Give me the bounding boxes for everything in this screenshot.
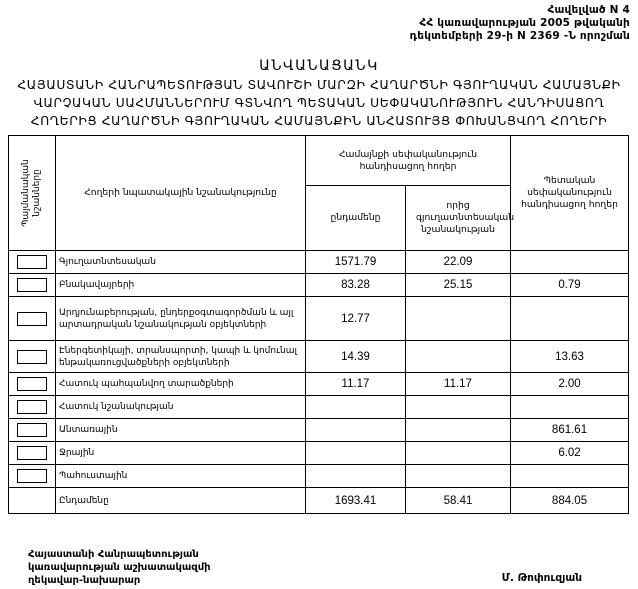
- land-purpose-label: Էներգետիկայի, տրանսպորտի, կապի և կոմունա…: [56, 341, 306, 373]
- table-row: Ջրային6.02: [9, 442, 629, 465]
- document-subtitle: Հայաստանի Հանրապետության Տավուշի մարզի Հ…: [0, 76, 638, 130]
- signer-name: Մ. Թոփուզյան: [502, 572, 582, 584]
- table-row: Անտառային861.61: [9, 419, 629, 442]
- table-row: Արդյունաբերության, ընդերքօգտագործման և ա…: [9, 297, 629, 341]
- symbol-cell: [9, 341, 56, 373]
- total-value: [306, 396, 406, 419]
- total-value: 11.17: [306, 373, 406, 396]
- totals-row: Ընդամենը1693.4158.41884.05: [9, 488, 629, 514]
- table-row: Հատուկ պահպանվող տարածքների11.1711.172.0…: [9, 373, 629, 396]
- table-row: Էներգետիկայի, տրանսպորտի, կապի և կոմունա…: [9, 341, 629, 373]
- header-total: ընդամենը: [306, 186, 406, 251]
- state-value: 0.79: [511, 274, 629, 297]
- header-of-which-agri: որից գյուղատնտեսական նշանակության: [406, 186, 511, 251]
- agri-value: [406, 396, 511, 419]
- legend-symbol-box: [17, 350, 47, 364]
- header-state-owned: Պետական սեփականություն հանդիսացող հողեր: [511, 136, 629, 251]
- annex-date-line: դեկտեմբերի 29-ի N 2369 -Ն որոշման: [410, 30, 630, 43]
- table-row: Գյուղատնտեսական1571.7922.09: [9, 251, 629, 274]
- legend-symbol-box: [17, 446, 47, 460]
- legend-symbol-box: [17, 400, 47, 414]
- total-value: [306, 419, 406, 442]
- land-table: Պայմանական նշանները Հողերի նպատակային նշ…: [8, 135, 629, 514]
- land-purpose-label: Հատուկ նշանակության: [56, 396, 306, 419]
- symbol-cell: [9, 419, 56, 442]
- land-purpose-label: Պահուստային: [56, 465, 306, 488]
- total-value: 14.39: [306, 341, 406, 373]
- state-value: 13.63: [511, 341, 629, 373]
- document-title: ԱՆՎԱՆԱՑԱՆԿ: [0, 58, 638, 74]
- signer-title: Հայաստանի Հանրապետության կառավարության ա…: [28, 548, 211, 587]
- symbol-cell: [9, 251, 56, 274]
- land-purpose-label: Հատուկ պահպանվող տարածքների: [56, 373, 306, 396]
- totals-total: 1693.41: [306, 488, 406, 514]
- land-purpose-label: Գյուղատնտեսական: [56, 251, 306, 274]
- symbol-cell-empty: [9, 488, 56, 514]
- subtitle-line-3: հողերից Հաղարծնի գյուղական համայնքին անհ…: [0, 112, 638, 130]
- agri-value: [406, 442, 511, 465]
- signer-title-line-2: կառավարության աշխատակազմի: [28, 561, 211, 574]
- legend-symbol-box: [17, 423, 47, 437]
- table-row: Պահուստային: [9, 465, 629, 488]
- agri-value: 11.17: [406, 373, 511, 396]
- annex-reference: Հավելված N 4 ՀՀ կառավարության 2005 թվակա…: [410, 4, 630, 43]
- totals-state: 884.05: [511, 488, 629, 514]
- state-value: 6.02: [511, 442, 629, 465]
- header-symbols: Պայմանական նշանները: [9, 136, 56, 251]
- symbol-cell: [9, 442, 56, 465]
- subtitle-line-2: վարչական սահմաններում գտնվող պետական սեփ…: [0, 94, 638, 112]
- agri-value: [406, 419, 511, 442]
- table-row: Հատուկ նշանակության: [9, 396, 629, 419]
- subtitle-line-1: Հայաստանի Հանրապետության Տավուշի մարզի Հ…: [0, 76, 638, 94]
- symbol-cell: [9, 274, 56, 297]
- symbol-cell: [9, 465, 56, 488]
- state-value: [511, 297, 629, 341]
- totals-label: Ընդամենը: [56, 488, 306, 514]
- total-value: 83.28: [306, 274, 406, 297]
- land-purpose-label: Ջրային: [56, 442, 306, 465]
- state-value: 861.61: [511, 419, 629, 442]
- symbol-cell: [9, 396, 56, 419]
- agri-value: [406, 341, 511, 373]
- symbol-cell: [9, 373, 56, 396]
- agri-value: 22.09: [406, 251, 511, 274]
- total-value: [306, 442, 406, 465]
- legend-symbol-box: [17, 469, 47, 483]
- signer-title-line-1: Հայաստանի Հանրապետության: [28, 548, 211, 561]
- legend-symbol-box: [17, 278, 47, 292]
- header-community-owned: Համայնքի սեփականություն հանդիսացող հողեր: [306, 136, 511, 186]
- header-land-purpose: Հողերի նպատակային նշանակությունը: [56, 136, 306, 251]
- totals-agri: 58.41: [406, 488, 511, 514]
- total-value: 1571.79: [306, 251, 406, 274]
- state-value: 2.00: [511, 373, 629, 396]
- agri-value: [406, 465, 511, 488]
- state-value: [511, 251, 629, 274]
- annex-decision-line: ՀՀ կառավարության 2005 թվականի: [410, 17, 630, 30]
- legend-symbol-box: [17, 255, 47, 269]
- agri-value: 25.15: [406, 274, 511, 297]
- land-purpose-label: Արդյունաբերության, ընդերքօգտագործման և ա…: [56, 297, 306, 341]
- annex-number: Հավելված N 4: [410, 4, 630, 17]
- land-purpose-label: Բնակավայրերի: [56, 274, 306, 297]
- total-value: [306, 465, 406, 488]
- symbol-cell: [9, 297, 56, 341]
- agri-value: [406, 297, 511, 341]
- legend-symbol-box: [17, 377, 47, 391]
- state-value: [511, 396, 629, 419]
- table-row: Բնակավայրերի83.2825.150.79: [9, 274, 629, 297]
- total-value: 12.77: [306, 297, 406, 341]
- signer-title-line-3: ղեկավար-նախարար: [28, 574, 211, 587]
- legend-symbol-box: [17, 312, 47, 326]
- state-value: [511, 465, 629, 488]
- land-purpose-label: Անտառային: [56, 419, 306, 442]
